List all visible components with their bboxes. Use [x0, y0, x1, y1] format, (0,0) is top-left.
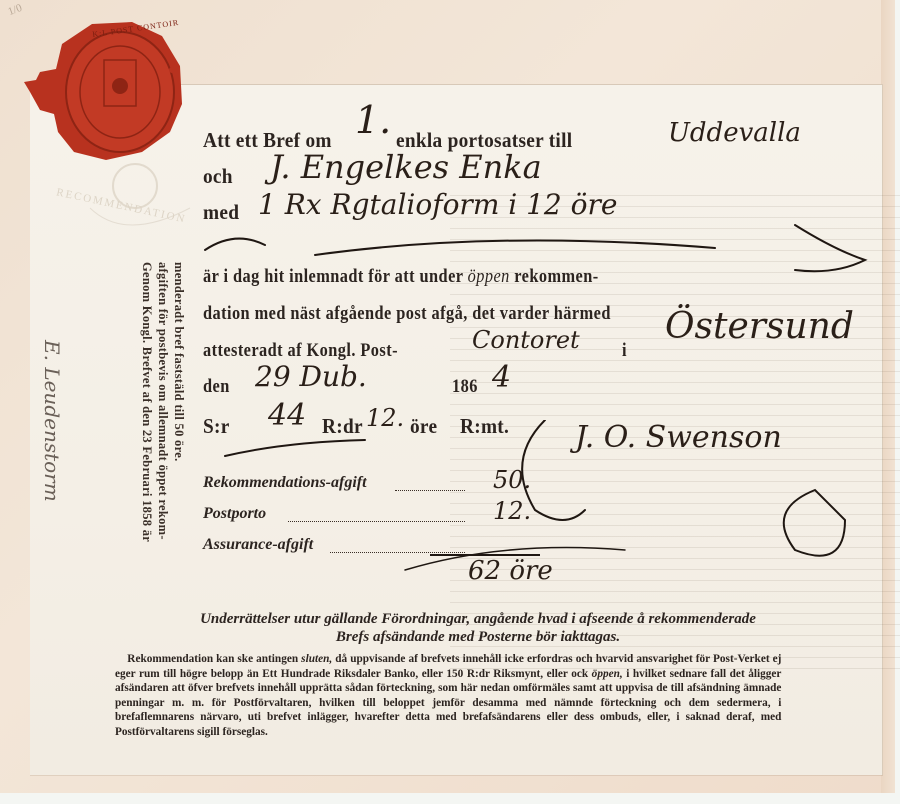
fee-value-postporto: 12.: [493, 497, 531, 525]
line5-text: dation med näst afgående post afgå, det …: [203, 303, 611, 325]
line4-italic: öppen: [468, 266, 510, 287]
destination: Uddevalla: [668, 118, 801, 148]
fee-value-rekommendation: 50.: [493, 466, 531, 494]
post-office: Contoret: [472, 326, 580, 354]
notice-title-line1: Underrättelser utur gällande Förordninga…: [128, 610, 828, 628]
notice-sluten: sluten,: [301, 653, 332, 665]
postmaster-signature: J. O. Swenson: [575, 420, 782, 455]
letter-count: 1.: [355, 98, 391, 142]
addressee: J. Engelkes Enka: [270, 148, 542, 186]
notice-title: Underrättelser utur gällande Förordninga…: [128, 610, 828, 646]
line6-mid: i: [622, 340, 627, 362]
notice-oppen: öppen,: [592, 668, 623, 680]
fee-label-postporto: Postporto: [203, 505, 266, 523]
fee-label-assurance: Assurance-afgift: [203, 536, 313, 554]
line4-start: är i dag hit inlemnadt för att under: [203, 266, 463, 287]
side-note-col1: Genom Kongl. Brefvet af den 23 Februari …: [139, 262, 154, 542]
line6-prefix: attesteradt af Kongl. Post-: [203, 340, 398, 362]
fee-dots: [395, 490, 465, 491]
contents: 1 Rx Rgtalioform i 12 öre: [258, 188, 617, 221]
margin-signature: E. Leudenstorm: [40, 340, 64, 502]
town: Östersund: [665, 306, 854, 347]
line4-text: är i dag hit inlemnadt för att under öpp…: [203, 266, 599, 288]
notice-title-line2: Brefs afsändande med Posterne bör iaktta…: [128, 628, 828, 646]
fee-dots: [330, 552, 465, 553]
line4-end: rekommen-: [514, 266, 598, 287]
side-note-col2: afgiften för postbevis om allemnadt öppe…: [155, 262, 170, 540]
notice-body-start: Rekommendation kan ske antingen: [127, 653, 298, 665]
fee-dots: [288, 521, 465, 522]
notice-body: Rekommendation kan ske antingen sluten, …: [115, 652, 781, 739]
line2-label: och: [203, 164, 233, 189]
date-value: 29 Dub.: [255, 360, 367, 393]
year-printed: 186: [452, 376, 478, 398]
year-written: 4: [492, 360, 511, 395]
side-note-col3: menderadt bref faststäld till 50 öre.: [171, 262, 186, 462]
fee-label-rekommendation: Rekommendations-afgift: [203, 474, 367, 492]
fee-total: 62 öre: [468, 556, 553, 586]
date-label: den: [203, 376, 230, 398]
